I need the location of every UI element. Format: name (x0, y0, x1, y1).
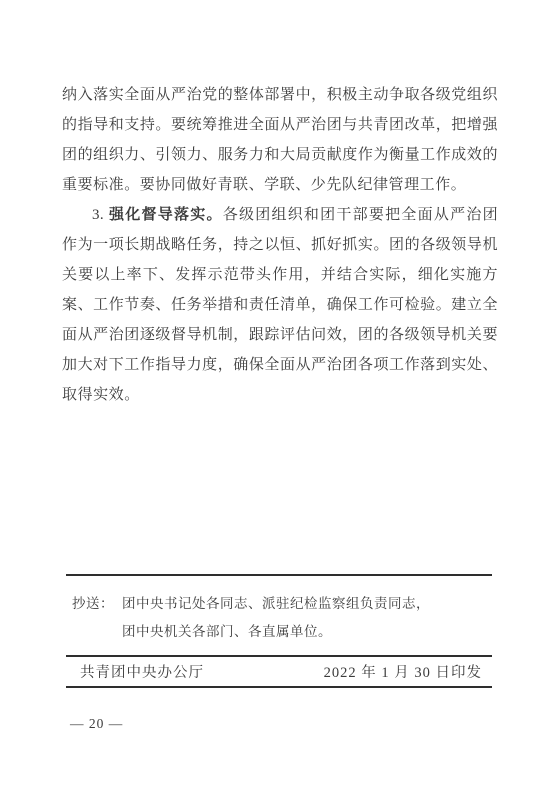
cc-lines: 团中央书记处各同志、派驻纪检监察组负责同志， 团中央机关各部门、各直属单位。 (122, 590, 430, 646)
cc-top-rule (66, 574, 492, 576)
cc-label: 抄送： (72, 590, 122, 646)
document-page: 纳入落实全面从严治党的整体部署中，积极主动争取各级党组织 的指导和支持。要统筹推… (0, 0, 556, 792)
body-line: 团的组织力、引领力、服务力和大局贡献度作为衡量工作成效的 (62, 140, 498, 170)
cc-block: 抄送： 团中央书记处各同志、派驻纪检监察组负责同志， 团中央机关各部门、各直属单… (72, 590, 492, 646)
issuer-top-rule (66, 655, 492, 657)
body-line: 重要标准。要协同做好青联、学联、少先队纪律管理工作。 (62, 170, 498, 200)
cc-line: 团中央书记处各同志、派驻纪检监察组负责同志， (122, 590, 430, 618)
body-line: 的指导和支持。要统筹推进全面从严治团与共青团改革，把增强 (62, 110, 498, 140)
body-line-rest: 各级团组织和团干部要把全面从严治团 (223, 207, 498, 223)
cc-line: 团中央机关各部门、各直属单位。 (122, 618, 430, 646)
body-line: 取得实效。 (62, 380, 498, 410)
paragraph-heading: 强化督导落实。 (109, 207, 223, 223)
print-date: 2022 年 1 月 30 日印发 (324, 661, 482, 682)
issuer-name: 共青团中央办公厅 (80, 661, 204, 682)
body-line: 面从严治团逐级督导机制，跟踪评估问效，团的各级领导机关要 (62, 320, 498, 350)
paragraph-3-first-line: 3. 强化督导落实。各级团组织和团干部要把全面从严治团 (62, 200, 498, 230)
body-line: 案、工作节奏、任务举措和责任清单，确保工作可检验。建立全 (62, 290, 498, 320)
issuer-bottom-rule (66, 686, 492, 688)
body-line: 加大对下工作指导力度，确保全面从严治团各项工作落到实处、 (62, 350, 498, 380)
body-line: 纳入落实全面从严治党的整体部署中，积极主动争取各级党组织 (62, 80, 498, 110)
list-number: 3. (92, 207, 109, 223)
page-number: — 20 — (70, 712, 123, 736)
body-text: 纳入落实全面从严治党的整体部署中，积极主动争取各级党组织 的指导和支持。要统筹推… (62, 80, 498, 410)
body-line: 关要以上率下、发挥示范带头作用，并结合实际，细化实施方 (62, 260, 498, 290)
issuer-row: 共青团中央办公厅 2022 年 1 月 30 日印发 (66, 658, 492, 684)
body-line: 作为一项长期战略任务，持之以恒、抓好抓实。团的各级领导机 (62, 230, 498, 260)
